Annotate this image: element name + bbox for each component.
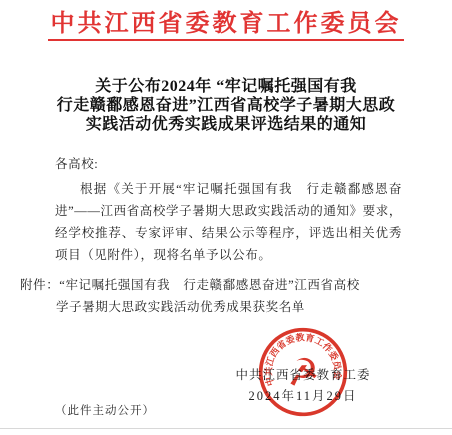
main-paragraph: 根据《关于开展“牢记嘱托强国有我 行走赣鄱感恩奋进”——江西省高校学子暑期大思政…	[55, 178, 402, 266]
red-header-divider	[48, 39, 404, 41]
document-title: 关于公布2024年 “牢记嘱托强国有我 行走赣鄱感恩奋进”江西省高校学子暑期大思…	[0, 77, 452, 134]
document-title-line-2: 行走赣鄱感恩奋进”江西省高校学子暑期大思政	[0, 96, 452, 115]
document-title-line-1: 关于公布2024年 “牢记嘱托强国有我	[0, 77, 452, 96]
document-title-line-3: 实践活动优秀实践成果评选结果的通知	[0, 115, 452, 134]
document-page: 中共江西省委教育工作委员会 关于公布2024年 “牢记嘱托强国有我 行走赣鄱感恩…	[0, 0, 452, 435]
document-body: 各高校: 根据《关于开展“牢记嘱托强国有我 行走赣鄱感恩奋进”——江西省高校学子…	[55, 153, 402, 266]
official-red-seal: 中共江西省委教育工作委员会 ☭	[253, 322, 353, 422]
attachment-line-1: 附件：“牢记嘱托强国有我 行走赣鄱感恩奋进”江西省高校	[20, 274, 452, 296]
attachment-line-2: 学子暑期大思政实践活动优秀成果获奖名单	[56, 296, 452, 318]
org-header-title: 中共江西省委教育工作委员会	[0, 11, 452, 38]
salutation: 各高校:	[55, 153, 402, 175]
public-disclosure-note: （此件主动公开）	[55, 402, 155, 418]
hammer-sickle-icon: ☭	[285, 350, 322, 396]
bottom-divider-line	[0, 428, 452, 429]
attachment-block: 附件：“牢记嘱托强国有我 行走赣鄱感恩奋进”江西省高校 学子暑期大思政实践活动优…	[0, 274, 452, 318]
